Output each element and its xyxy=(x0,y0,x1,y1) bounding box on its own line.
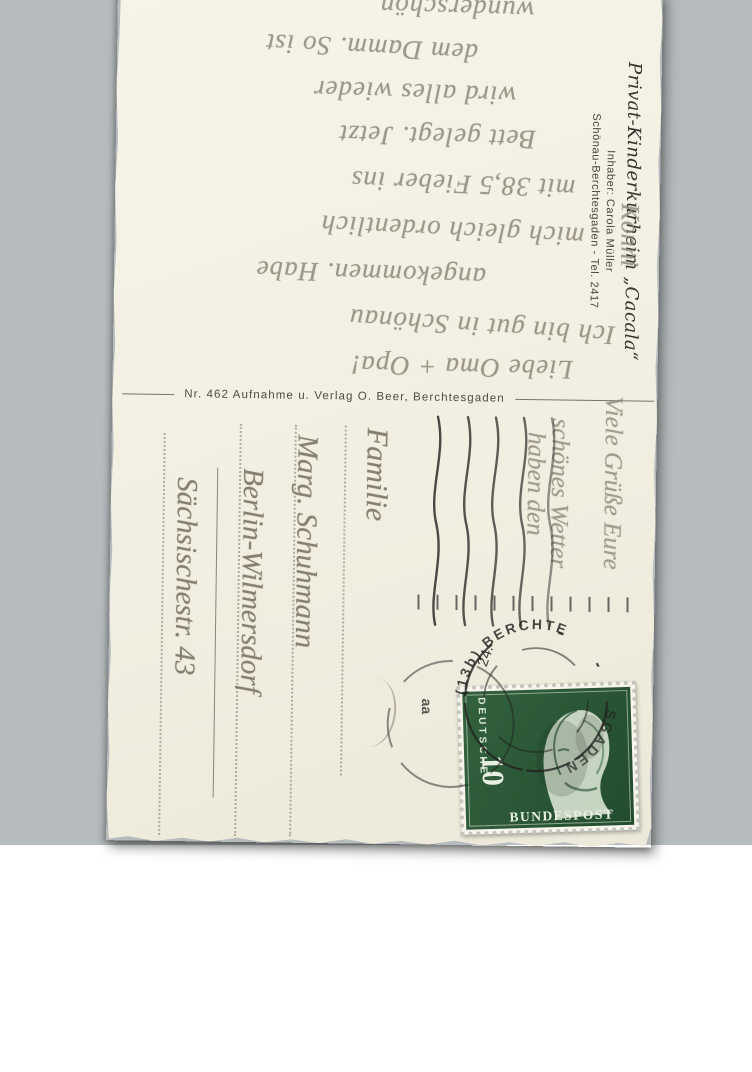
message-line: dem Damm. So ist xyxy=(123,20,479,68)
svg-text:(13b) BERCHTE: (13b) BERCHTE xyxy=(452,615,571,697)
message-line: wird alles wieder xyxy=(131,68,517,111)
postmark: (13b) BERCHTE SGADEN 24. aa xyxy=(356,586,663,848)
message-line: angekommen. Habe xyxy=(146,251,487,293)
address-line-name: Marg. Schuhmann xyxy=(278,435,323,828)
message-line: Bett gelegt. Jetzt xyxy=(141,113,537,155)
divider-rule-left xyxy=(122,393,174,395)
postcard-back: Privat-Kinderkurheim „Cacala“ Inhaber: C… xyxy=(106,0,663,848)
message-line: mich gleich ordentlich xyxy=(154,200,585,252)
pencil-underline xyxy=(213,468,219,798)
postcard: Privat-Kinderkurheim „Cacala“ Inhaber: C… xyxy=(106,0,663,848)
postmark-second-ring xyxy=(387,660,515,788)
divider-rule-right xyxy=(515,398,655,401)
address-line-street: Sächsischestr. 43 xyxy=(158,477,203,810)
message-line: wunderschön. xyxy=(199,0,535,26)
address-line-city: Berlin-Wilmersdorf xyxy=(224,468,269,811)
signature-fragment: Konni xyxy=(609,203,645,327)
postmark-ring-text-top: (13b) BERCHTE xyxy=(452,615,571,697)
postmark-letters: aa xyxy=(419,699,435,715)
message-line: Liebe Oma + Opa! xyxy=(262,347,573,385)
publisher-line: Nr. 462 Aufnahme u. Verlag O. Beer, Berc… xyxy=(122,387,654,406)
publisher-text: Nr. 462 Aufnahme u. Verlag O. Beer, Berc… xyxy=(184,388,505,404)
message-line: Ich bin gut in Schönau xyxy=(135,288,616,351)
message-line: mit 38,5 Fieber ins xyxy=(160,156,576,204)
address-guide-line xyxy=(340,425,347,775)
